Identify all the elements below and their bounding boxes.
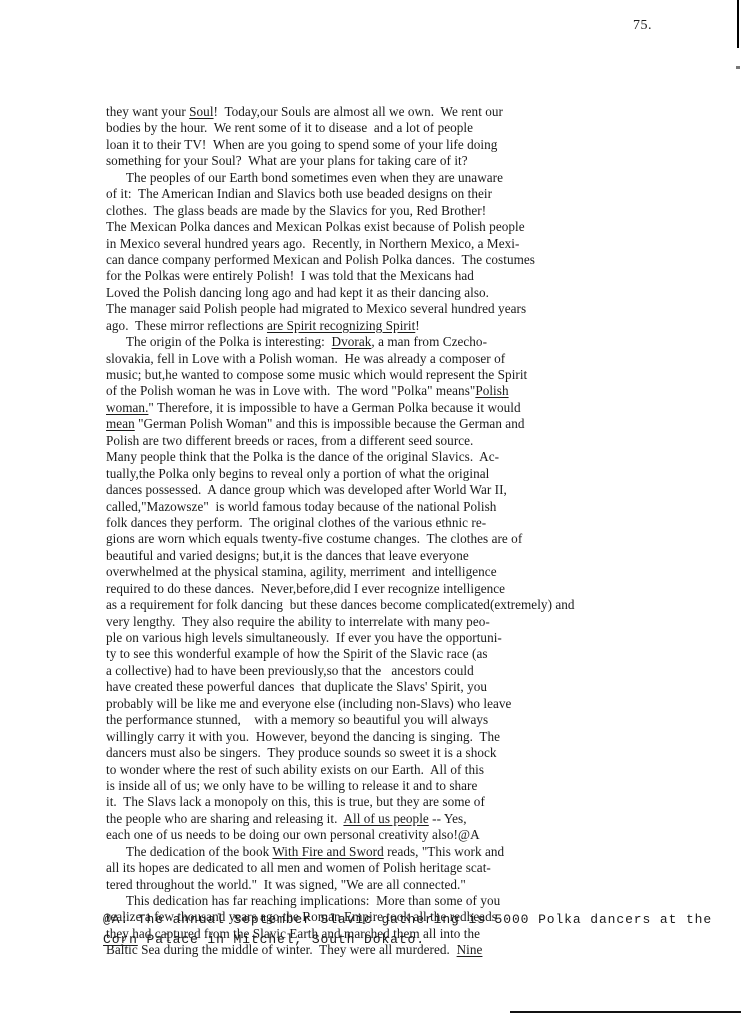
text-run: tered throughout the world." It was sign… [106, 877, 466, 892]
body-line: for the Polkas were entirely Polish! I w… [106, 268, 741, 284]
text-run: The dedication of the book [106, 844, 272, 859]
text-run: Loved the Polish dancing long ago and ha… [106, 285, 489, 300]
text-run: dancers must also be singers. They produ… [106, 745, 497, 760]
text-run: to wonder where the rest of such ability… [106, 762, 484, 777]
body-line: very lengthy. They also require the abil… [106, 614, 741, 630]
body-line: to wonder where the rest of such ability… [106, 762, 741, 778]
underlined-text: All of us people [343, 811, 428, 826]
footnote-line: @A: The annual September Slavic gatherin… [103, 910, 741, 930]
body-line: a collective) had to have been previousl… [106, 663, 741, 679]
text-run: gions are worn which equals twenty-five … [106, 531, 522, 546]
body-line: bodies by the hour. We rent some of it t… [106, 120, 741, 136]
underlined-text: are Spirit recognizing Spirit [267, 318, 415, 333]
body-line: clothes. The glass beads are made by the… [106, 203, 741, 219]
text-run: overwhelmed at the physical stamina, agi… [106, 564, 497, 579]
text-run: This dedication has far reaching implica… [106, 893, 500, 908]
text-run: bodies by the hour. We rent some of it t… [106, 120, 473, 135]
text-run: folk dances they perform. The original c… [106, 515, 486, 530]
text-run: as a requirement for folk dancing but th… [106, 597, 575, 612]
body-line: gions are worn which equals twenty-five … [106, 531, 741, 547]
text-run: ago. These mirror reflections [106, 318, 267, 333]
body-line: loan it to their TV! When are you going … [106, 137, 741, 153]
text-run: willingly carry it with you. However, be… [106, 729, 500, 744]
text-run: of it: The American Indian and Slavics b… [106, 186, 492, 201]
body-line: Loved the Polish dancing long ago and ha… [106, 285, 741, 301]
text-run: The peoples of our Earth bond sometimes … [106, 170, 503, 185]
body-line: The dedication of the book With Fire and… [106, 844, 741, 860]
body-line: music; but,he wanted to compose some mus… [106, 367, 741, 383]
page-edge-mark [736, 66, 740, 69]
body-line: dances possessed. A dance group which wa… [106, 482, 741, 498]
footnote: @A: The annual September Slavic gatherin… [103, 910, 741, 949]
text-run: ! [415, 318, 419, 333]
text-run: " Therefore, it is impossible to have a … [148, 400, 520, 415]
underlined-text: Soul [189, 104, 213, 119]
text-run: for the Polkas were entirely Polish! I w… [106, 268, 474, 283]
underlined-text: Dvorak [332, 334, 372, 349]
text-run: dances possessed. A dance group which wa… [106, 482, 507, 497]
body-line: ty to see this wonderful example of how … [106, 646, 741, 662]
body-line: The manager said Polish people had migra… [106, 301, 741, 317]
body-line: of the Polish woman he was in Love with.… [106, 383, 741, 399]
body-line: mean "German Polish Woman" and this is i… [106, 416, 741, 432]
page-number: 75. [633, 18, 652, 34]
body-line: they want your Soul! Today,our Souls are… [106, 104, 741, 120]
text-run: all its hopes are dedicated to all men a… [106, 860, 491, 875]
underlined-text: With Fire and Sword [272, 844, 383, 859]
text-run: The manager said Polish people had migra… [106, 301, 526, 316]
text-run: tually,the Polka only begins to reveal o… [106, 466, 489, 481]
text-run: can dance company performed Mexican and … [106, 252, 535, 267]
body-line: dancers must also be singers. They produ… [106, 745, 741, 761]
text-run: of the Polish woman he was in Love with.… [106, 383, 475, 398]
text-run: loan it to their TV! When are you going … [106, 137, 497, 152]
body-line: folk dances they perform. The original c… [106, 515, 741, 531]
text-run: beautiful and varied designs; but,it is … [106, 548, 469, 563]
text-run: required to do these dances. Never,befor… [106, 581, 505, 596]
body-line: tered throughout the world." It was sign… [106, 877, 741, 893]
text-run: the people who are sharing and releasing… [106, 811, 343, 826]
body-line: This dedication has far reaching implica… [106, 893, 741, 909]
text-run: ! Today,our Souls are almost all we own.… [214, 104, 503, 119]
text-run: reads, "This work and [384, 844, 504, 859]
text-run: ty to see this wonderful example of how … [106, 646, 488, 661]
text-run: very lengthy. They also require the abil… [106, 614, 490, 629]
underlined-text: woman. [106, 400, 148, 415]
body-line: probably will be like me and everyone el… [106, 696, 741, 712]
text-run: they want your [106, 104, 189, 119]
text-run: Many people think that the Polka is the … [106, 449, 499, 464]
text-run: is inside all of us; we only have to be … [106, 778, 477, 793]
text-run: Palace in Mitchel, South Dokato. [138, 932, 425, 947]
body-line: is inside all of us; we only have to be … [106, 778, 741, 794]
text-run: -- Yes, [429, 811, 467, 826]
text-run: probably will be like me and everyone el… [106, 696, 511, 711]
page-edge-rule [737, 0, 739, 48]
body-line: Polish are two different breeds or races… [106, 433, 741, 449]
body-line: ple on various high levels simultaneousl… [106, 630, 741, 646]
body-line: all its hopes are dedicated to all men a… [106, 860, 741, 876]
body-line: Many people think that the Polka is the … [106, 449, 741, 465]
text-run: @A: The annual September Slavic gatherin… [103, 912, 712, 927]
footnote-line: Corn Palace in Mitchel, South Dokato. [103, 930, 741, 950]
text-run: The Mexican Polka dances and Mexican Pol… [106, 219, 525, 234]
body-line: in Mexico several hundred years ago. Rec… [106, 236, 741, 252]
body-line: the performance stunned, with a memory s… [106, 712, 741, 728]
body-line: as a requirement for folk dancing but th… [106, 597, 741, 613]
text-run: clothes. The glass beads are made by the… [106, 203, 486, 218]
text-run: each one of us needs to be doing our own… [106, 827, 480, 842]
text-run: slovakia, fell in Love with a Polish wom… [106, 351, 505, 366]
body-line: called,"Mazowsze" is world famous today … [106, 499, 741, 515]
text-run: The origin of the Polka is interesting: [106, 334, 332, 349]
body-text: they want your Soul! Today,our Souls are… [106, 104, 741, 959]
body-line: willingly carry it with you. However, be… [106, 729, 741, 745]
body-line: overwhelmed at the physical stamina, agi… [106, 564, 741, 580]
text-run: a collective) had to have been previousl… [106, 663, 474, 678]
text-run: music; but,he wanted to compose some mus… [106, 367, 527, 382]
text-run: Polish are two different breeds or races… [106, 433, 473, 448]
body-line: tually,the Polka only begins to reveal o… [106, 466, 741, 482]
body-line: The origin of the Polka is interesting: … [106, 334, 741, 350]
body-line: The peoples of our Earth bond sometimes … [106, 170, 741, 186]
bottom-rule [510, 1011, 741, 1013]
body-line: woman." Therefore, it is impossible to h… [106, 400, 741, 416]
text-run: it. The Slavs lack a monopoly on this, t… [106, 794, 485, 809]
body-line: the people who are sharing and releasing… [106, 811, 741, 827]
body-line: each one of us needs to be doing our own… [106, 827, 741, 843]
body-line: have created these powerful dances that … [106, 679, 741, 695]
text-run: , a man from Czecho- [371, 334, 487, 349]
body-line: something for your Soul? What are your p… [106, 153, 741, 169]
body-line: required to do these dances. Never,befor… [106, 581, 741, 597]
body-line: slovakia, fell in Love with a Polish wom… [106, 351, 741, 367]
text-run: in Mexico several hundred years ago. Rec… [106, 236, 519, 251]
body-line: ago. These mirror reflections are Spirit… [106, 318, 741, 334]
text-run: called,"Mazowsze" is world famous today … [106, 499, 496, 514]
text-run: "German Polish Woman" and this is imposs… [135, 416, 525, 431]
underlined-text: Polish [475, 383, 508, 398]
body-line: it. The Slavs lack a monopoly on this, t… [106, 794, 741, 810]
text-run: something for your Soul? What are your p… [106, 153, 468, 168]
text-run: the performance stunned, with a memory s… [106, 712, 488, 727]
text-run: ple on various high levels simultaneousl… [106, 630, 502, 645]
underlined-text: mean [106, 416, 135, 431]
text-run: have created these powerful dances that … [106, 679, 487, 694]
body-line: beautiful and varied designs; but,it is … [106, 548, 741, 564]
underlined-text: Corn [103, 932, 138, 947]
body-line: of it: The American Indian and Slavics b… [106, 186, 741, 202]
body-line: can dance company performed Mexican and … [106, 252, 741, 268]
body-line: The Mexican Polka dances and Mexican Pol… [106, 219, 741, 235]
